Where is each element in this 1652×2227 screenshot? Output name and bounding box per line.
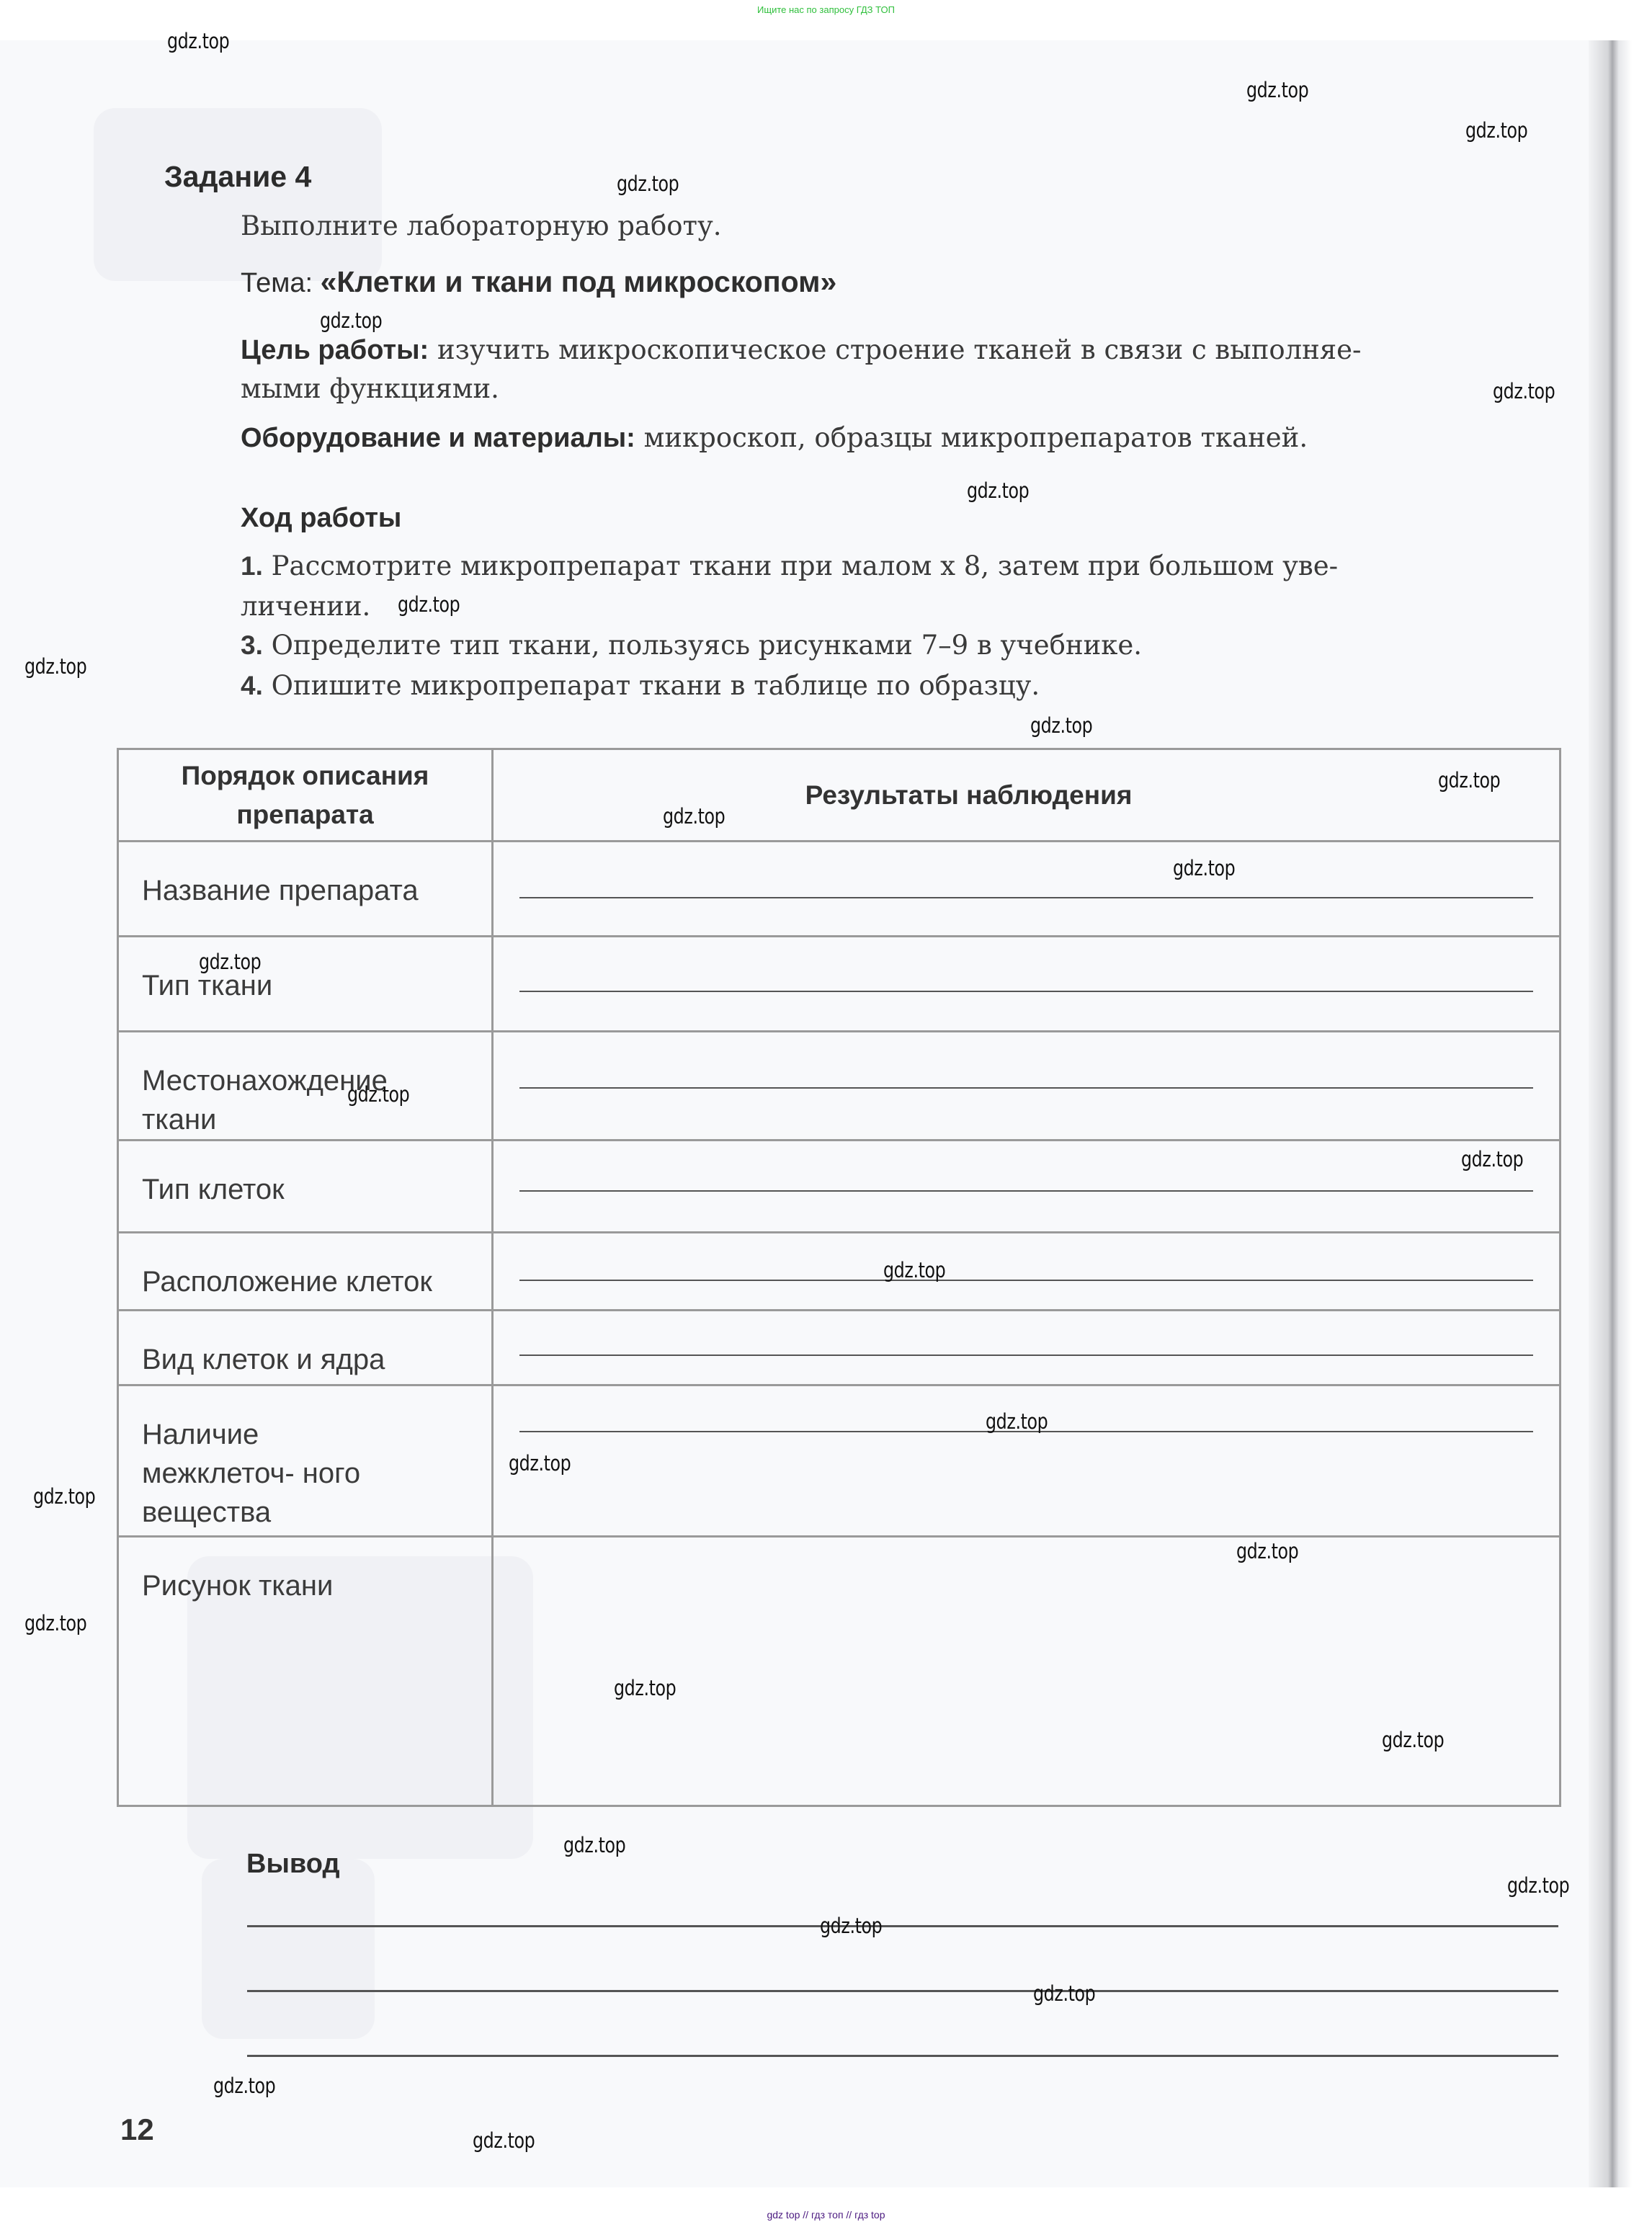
ghost-illustration [94, 108, 382, 281]
column-header-description-order: Порядок описания препарата [118, 749, 493, 842]
goal-text-continued: мыми функциями. [241, 373, 499, 404]
watermark: gdz.top [33, 1484, 95, 1509]
column-header-observation-results: Результаты наблюдения [493, 749, 1561, 842]
equipment-label: Оборудование и материалы: [241, 423, 635, 453]
watermark: gdz.top [617, 171, 679, 196]
answer-field[interactable] [493, 1032, 1561, 1141]
watermark: gdz.top [614, 1676, 676, 1700]
theme-label: Тема: [241, 268, 321, 298]
procedure-title: Ход работы [241, 503, 401, 534]
row-label: Тип ткани [118, 937, 493, 1032]
theme-value: «Клетки и ткани под микроскопом» [321, 265, 837, 298]
answer-field[interactable] [493, 842, 1561, 937]
watermark: gdz.top [986, 1409, 1048, 1434]
step-number: 4. [241, 671, 263, 700]
watermark: gdz.top [1030, 713, 1092, 738]
step-1: 1. Рассмотрите микропрепарат ткани при м… [241, 550, 1338, 581]
answer-line [519, 1087, 1533, 1089]
table-row: Расположение клеток [118, 1233, 1561, 1311]
page-number: 12 [120, 2112, 154, 2147]
ghost-illustration [202, 1859, 375, 2039]
row-label: Рисунок ткани [118, 1537, 493, 1806]
task-title: Задание 4 [164, 160, 311, 194]
step-number: 3. [241, 630, 263, 660]
watermark: gdz.top [1507, 1873, 1569, 1898]
watermark: gdz.top [563, 1833, 625, 1857]
table-row: Тип клеток [118, 1141, 1561, 1233]
conclusion-line-1[interactable] [247, 1925, 1558, 1927]
watermark: gdz.top [347, 1082, 409, 1107]
watermark: gdz.top [1236, 1539, 1298, 1563]
table-row: Название препарата [118, 842, 1561, 937]
watermark: gdz.top [1173, 856, 1235, 880]
answer-line [519, 1280, 1533, 1281]
task-instruction: Выполните лабораторную работу. [241, 210, 722, 241]
equipment-line: Оборудование и материалы: микроскоп, обр… [241, 422, 1308, 454]
row-label: Местонахождение ткани [118, 1032, 493, 1141]
watermark: gdz.top [1461, 1147, 1523, 1171]
watermark: gdz.top [398, 592, 460, 617]
equipment-text: микроскоп, образцы микропрепаратов ткане… [635, 422, 1308, 453]
watermark: gdz.top [820, 1914, 882, 1938]
watermark: gdz.top [24, 654, 86, 679]
step-text: Определите тип ткани, пользуясь рисункам… [263, 630, 1142, 661]
drawing-area[interactable] [493, 1537, 1561, 1806]
row-label: Вид клеток и ядра [118, 1311, 493, 1385]
table-header-row: Порядок описания препарата Результаты на… [118, 749, 1561, 842]
watermark: gdz.top [213, 2074, 275, 2098]
conclusion-line-2[interactable] [247, 1990, 1558, 1992]
watermark: gdz.top [1246, 78, 1308, 102]
watermark: gdz.top [167, 29, 229, 53]
table-row: Тип ткани [118, 937, 1561, 1032]
step-1-continued: личении. [241, 591, 370, 622]
bottom-banner: gdz top // гдз топ // гдз top [0, 2209, 1652, 2221]
watermark: gdz.top [473, 2128, 535, 2153]
watermark: gdz.top [199, 950, 261, 974]
watermark: gdz.top [1465, 118, 1527, 143]
answer-field[interactable] [493, 1141, 1561, 1233]
conclusion-line-3[interactable] [247, 2055, 1558, 2057]
answer-line [519, 1190, 1533, 1192]
row-label: Наличие межклеточ- ного вещества [118, 1385, 493, 1537]
watermark: gdz.top [320, 308, 382, 333]
row-label: Название препарата [118, 842, 493, 937]
watermark: gdz.top [509, 1451, 571, 1476]
table-row: Рисунок ткани [118, 1537, 1561, 1806]
row-label: Тип клеток [118, 1141, 493, 1233]
answer-field[interactable] [493, 1311, 1561, 1385]
goal-line: Цель работы: изучить микроскопическое ст… [241, 334, 1362, 366]
top-banner: Ищите нас по запросу ГДЗ ТОП [0, 4, 1652, 15]
answer-field[interactable] [493, 1385, 1561, 1537]
watermark: gdz.top [1382, 1728, 1444, 1752]
watermark: gdz.top [1033, 1981, 1095, 2006]
watermark: gdz.top [1438, 768, 1500, 793]
watermark: gdz.top [967, 478, 1029, 503]
step-4: 4. Опишите микропрепарат ткани в таблице… [241, 670, 1040, 701]
table-row: Вид клеток и ядра [118, 1311, 1561, 1385]
goal-label: Цель работы: [241, 335, 429, 365]
page-binding-edge [1589, 40, 1632, 2187]
watermark: gdz.top [663, 804, 725, 829]
row-label: Расположение клеток [118, 1233, 493, 1311]
answer-field[interactable] [493, 937, 1561, 1032]
step-3: 3. Определите тип ткани, пользуясь рисун… [241, 630, 1142, 661]
observation-table: Порядок описания препарата Результаты на… [117, 748, 1561, 1807]
table-row: Наличие межклеточ- ного вещества [118, 1385, 1561, 1537]
step-number: 1. [241, 551, 263, 581]
watermark: gdz.top [24, 1611, 86, 1635]
answer-line [519, 1355, 1533, 1356]
answer-line [519, 897, 1533, 898]
step-text: Рассмотрите микропрепарат ткани при мало… [263, 550, 1338, 581]
step-text: Опишите микропрепарат ткани в таблице по… [263, 670, 1040, 701]
table-row: Местонахождение ткани [118, 1032, 1561, 1141]
goal-text: изучить микроскопическое строение тканей… [429, 334, 1361, 365]
watermark: gdz.top [883, 1258, 945, 1282]
conclusion-title: Вывод [246, 1849, 340, 1880]
answer-field[interactable] [493, 1233, 1561, 1311]
theme-line: Тема: «Клетки и ткани под микроскопом» [241, 265, 836, 299]
answer-line [519, 991, 1533, 992]
watermark: gdz.top [1493, 379, 1555, 403]
